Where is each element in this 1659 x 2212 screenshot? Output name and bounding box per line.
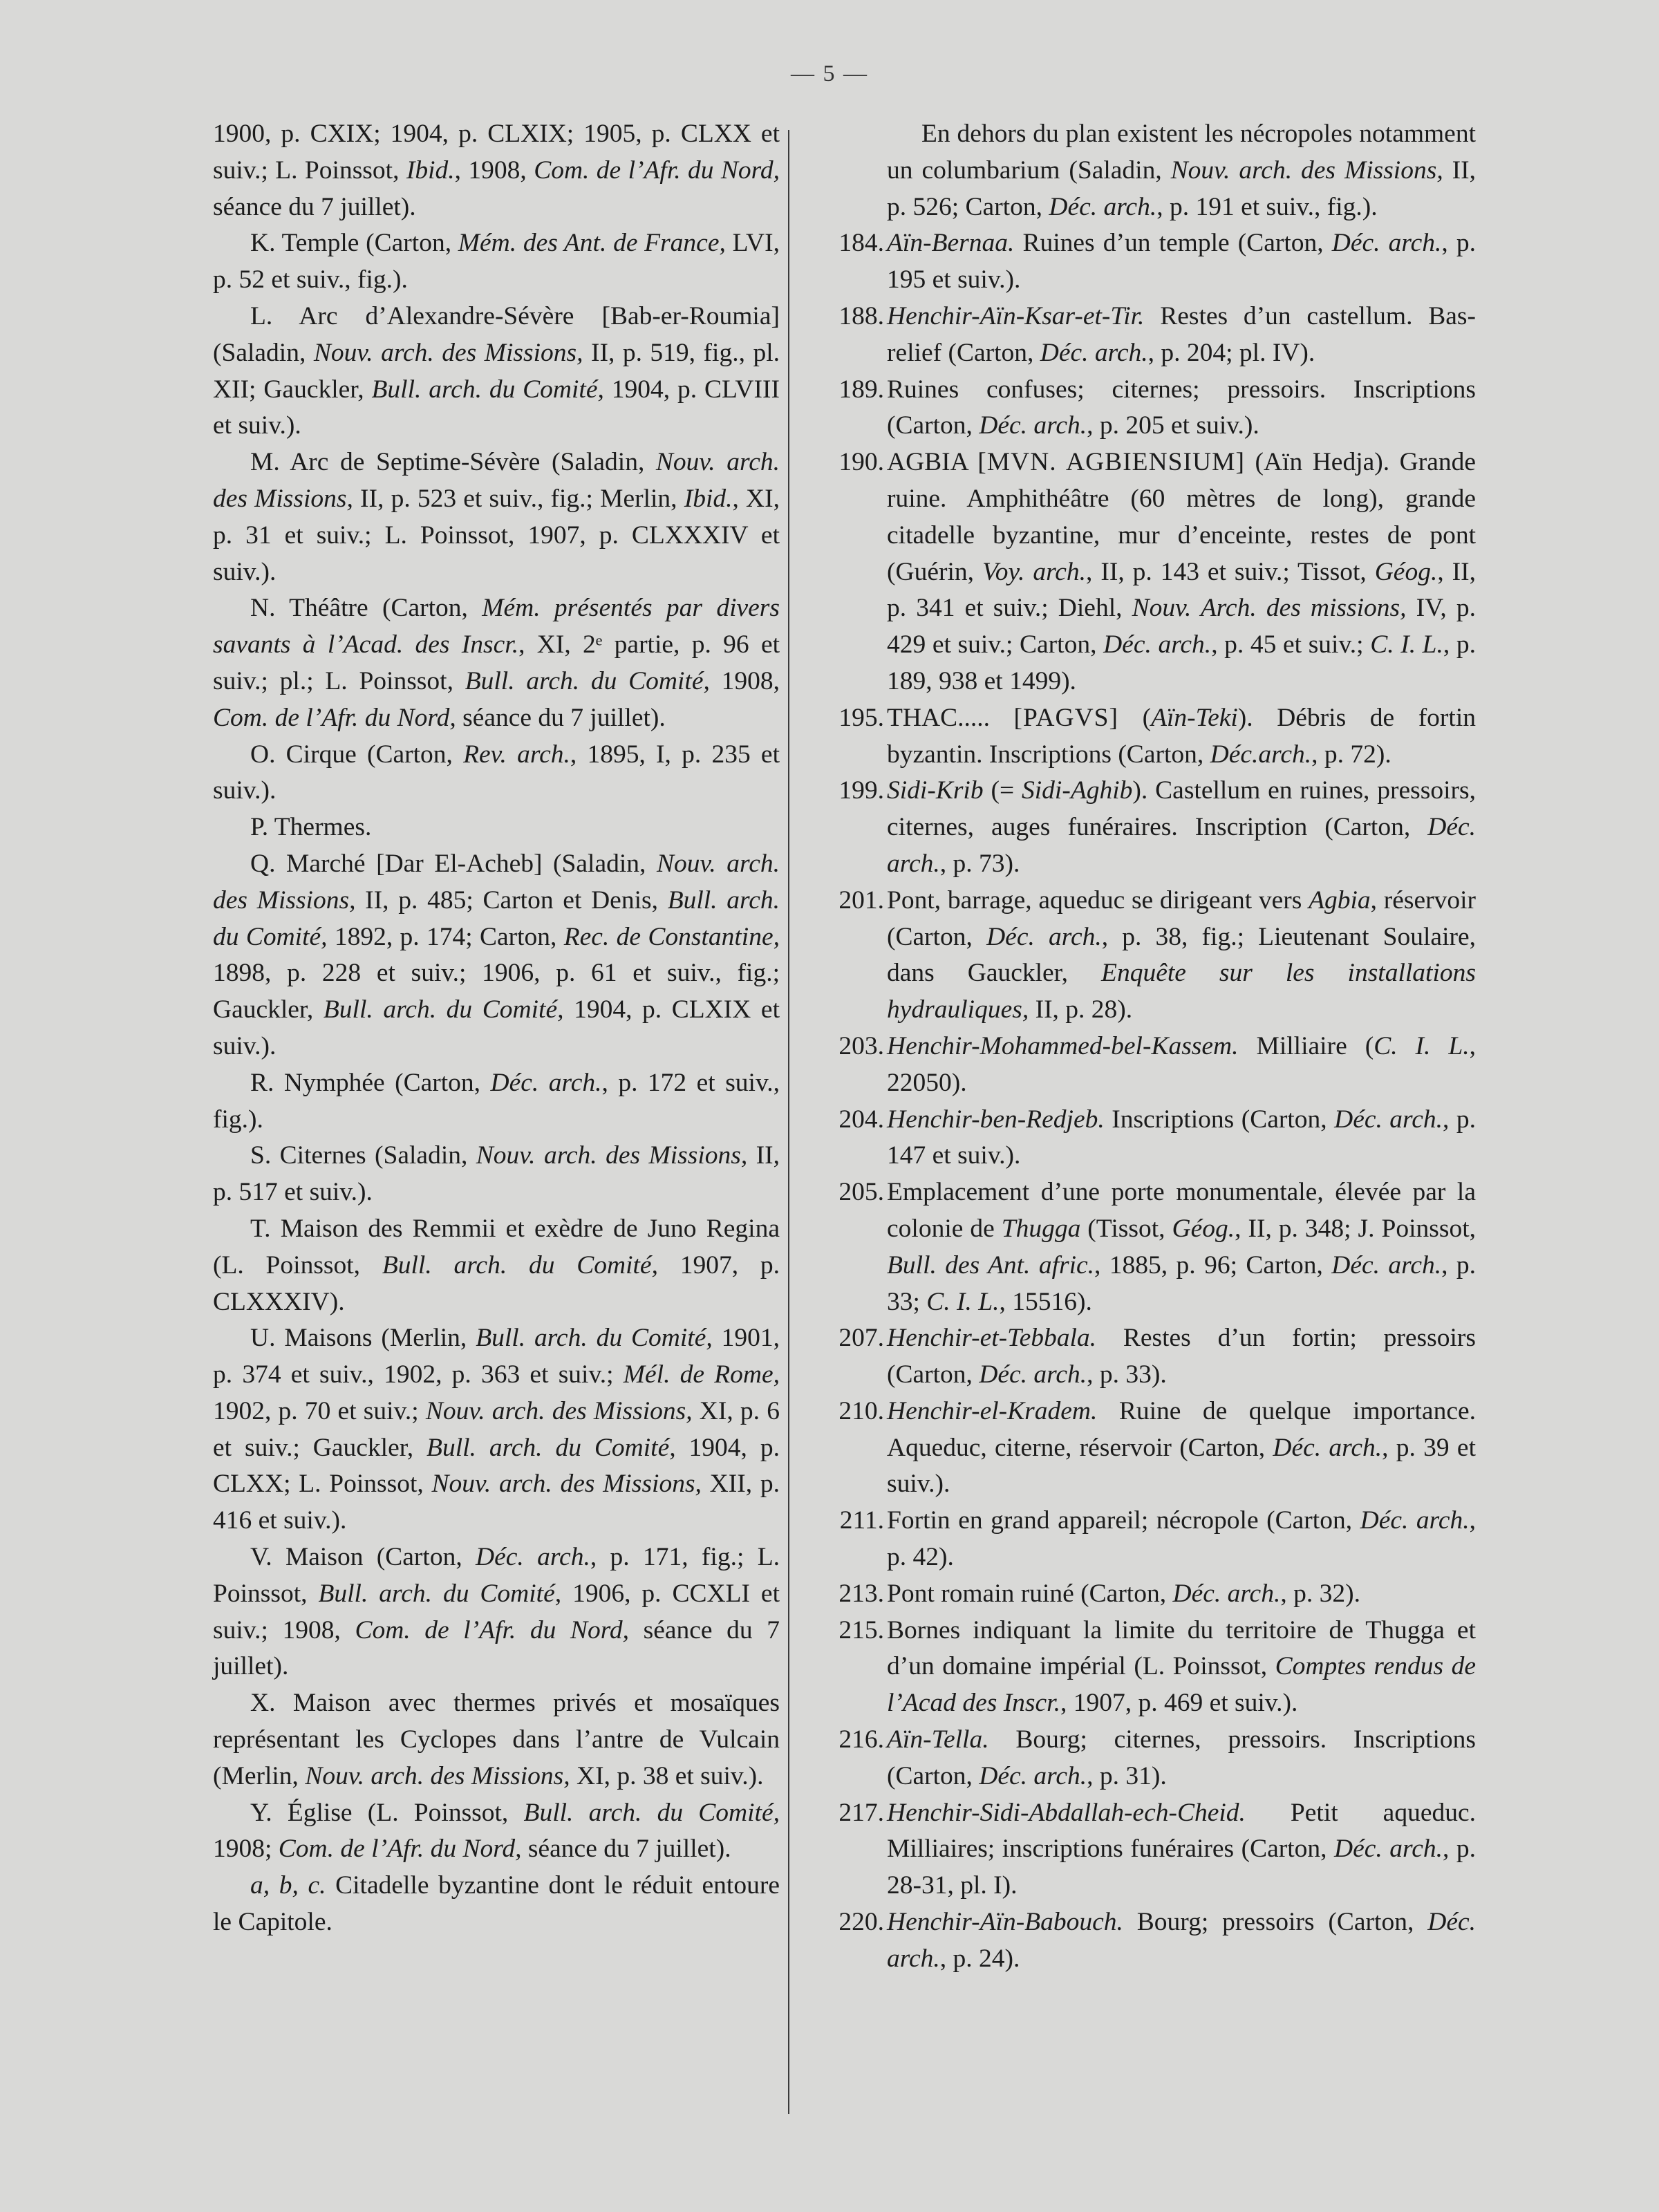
monument-paragraph: K. Temple (Carton, Mém. des Ant. de Fran…: [213, 225, 780, 299]
text-run: P. Thermes.: [250, 813, 371, 841]
site-entry: 190.AGBIA [MVN. AGBIENSIUM] (Aïn Hedja).…: [812, 444, 1476, 700]
site-entry: 195.THAC..... [PAGVS] (Aïn-Teki). Débris…: [812, 700, 1476, 774]
italic-citation: Sidi-Krib: [887, 776, 984, 805]
text-run: S. Citernes (Saladin,: [250, 1141, 476, 1170]
italic-citation: Aïn-Teki: [1151, 704, 1238, 732]
monument-paragraph: L. Arc d’Alexandre-Sévère [Bab-er-Roumia…: [213, 299, 780, 444]
site-number: 207.: [821, 1320, 884, 1357]
text-run: V. Maison (Carton,: [250, 1543, 476, 1571]
site-entry: 184.Aïn-Bernaa. Ruines d’un temple (Cart…: [812, 225, 1476, 299]
text-run: K. Temple (Carton,: [250, 229, 458, 257]
text-run: Pont romain ruiné (Carton,: [887, 1580, 1172, 1608]
site-description: Aïn-Tella. Bourg; citernes, pressoirs. I…: [887, 1722, 1476, 1795]
site-entry: 188.Henchir-Aïn-Ksar-et-Tir. Restes d’un…: [812, 299, 1476, 372]
italic-citation: Com. de l’Afr. du Nord,: [534, 156, 780, 185]
text-run: U. Maisons (Merlin,: [250, 1324, 476, 1352]
italic-citation: Nouv. arch. des Missions,: [314, 339, 583, 367]
text-run: N. Théâtre (Carton,: [250, 594, 482, 622]
italic-citation: C. I. L.: [926, 1288, 999, 1316]
italic-citation: Sidi-Aghib: [1022, 776, 1132, 805]
italic-citation: Bull. arch. du Comité,: [427, 1434, 676, 1462]
site-entry: 199.Sidi-Krib (= Sidi-Aghib). Castellum …: [812, 773, 1476, 882]
text-run: II, p. 523 et suiv., fig.; Merlin,: [353, 485, 684, 513]
site-description: THAC..... [PAGVS] (Aïn-Teki). Débris de …: [887, 700, 1476, 774]
site-number: 210.: [821, 1394, 884, 1430]
site-description: AGBIA [MVN. AGBIENSIUM] (Aïn Hedja). Gra…: [887, 444, 1476, 700]
italic-citation: Rec. de Constantine,: [564, 923, 780, 951]
monument-paragraph: a, b, c. Citadelle byzantine dont le réd…: [213, 1868, 780, 1941]
text-run: Q. Marché [Dar El-Acheb] (Saladin,: [250, 850, 657, 878]
site-number: 216.: [821, 1722, 884, 1759]
monument-paragraph: 1900, p. CXIX; 1904, p. CLXIX; 1905, p. …: [213, 116, 780, 225]
site-description: Bornes indiquant la limite du territoire…: [887, 1613, 1476, 1722]
site-entry: 217.Henchir-Sidi-Abdallah-ech-Cheid. Pet…: [812, 1795, 1476, 1904]
italic-citation: Aïn-Bernaa.: [887, 229, 1014, 257]
site-number: 211.: [821, 1503, 884, 1539]
site-description: Aïn-Bernaa. Ruines d’un temple (Carton, …: [887, 225, 1476, 299]
site-description: Pont romain ruiné (Carton, Déc. arch., p…: [887, 1576, 1476, 1613]
italic-citation: Com. de l’Afr. du Nord,: [279, 1835, 522, 1863]
italic-citation: Déc. arch.: [1049, 193, 1156, 221]
monument-paragraph: V. Maison (Carton, Déc. arch., p. 171, f…: [213, 1539, 780, 1685]
text-run: , p. 72).: [1311, 740, 1391, 769]
italic-citation: Bull. arch. du Comité,: [476, 1324, 713, 1352]
monument-paragraph: U. Maisons (Merlin, Bull. arch. du Comit…: [213, 1320, 780, 1539]
site-description: Emplacement d’une porte monumentale, éle…: [887, 1174, 1476, 1320]
italic-citation: Déc. arch.: [476, 1543, 590, 1571]
site-description: Henchir-Sidi-Abdallah-ech-Cheid. Petit a…: [887, 1795, 1476, 1904]
monument-paragraph: Y. Église (L. Poinssot, Bull. arch. du C…: [213, 1795, 780, 1868]
text-run: , p. 31).: [1087, 1762, 1167, 1790]
text-run: 1908,: [710, 667, 780, 695]
text-run: THAC.....: [887, 704, 1014, 732]
site-entry: 189.Ruines confuses; citernes; pressoirs…: [812, 372, 1476, 445]
site-number: 195.: [821, 700, 884, 737]
italic-citation: Bull. arch. du Comité,: [382, 1251, 658, 1280]
site-description: Henchir-Aïn-Ksar-et-Tir. Restes d’un cas…: [887, 299, 1476, 372]
italic-citation: Déc. arch.: [1103, 630, 1211, 659]
site-entry: 211.Fortin en grand appareil; nécropole …: [812, 1503, 1476, 1576]
site-entries-list: 184.Aïn-Bernaa. Ruines d’un temple (Cart…: [812, 225, 1476, 1977]
italic-citation: Mél. de Rome,: [624, 1360, 780, 1389]
italic-citation: Mém. des Ant. de France,: [458, 229, 726, 257]
text-run: 1902, p. 70 et suiv.;: [213, 1397, 426, 1425]
text-run: II, p. 28).: [1029, 995, 1132, 1024]
italic-citation: Déc. arch.: [491, 1069, 602, 1097]
text-run: , p. 33).: [1087, 1360, 1167, 1389]
site-number: 190.: [821, 444, 884, 481]
italic-citation: Déc. arch.: [1360, 1506, 1470, 1535]
italic-citation: Déc. arch.: [979, 411, 1087, 440]
site-entry: 207.Henchir-et-Tebbala. Restes d’un fort…: [812, 1320, 1476, 1394]
text-run: , p. 73).: [940, 850, 1020, 878]
italic-citation: Déc. arch.: [986, 923, 1102, 951]
text-run: séance du 7 juillet).: [213, 193, 416, 221]
column-divider: [788, 130, 789, 2114]
site-description: Henchir-el-Kradem. Ruine de quelque impo…: [887, 1394, 1476, 1503]
site-entry: 216.Aïn-Tella. Bourg; citernes, pressoir…: [812, 1722, 1476, 1795]
text-run: , p. 204; pl. IV).: [1148, 339, 1315, 367]
italic-citation: Ibid.: [684, 485, 733, 513]
italic-citation: Bull. des Ant. afric.: [887, 1251, 1094, 1280]
monument-paragraph: T. Maison des Remmii et exèdre de Juno R…: [213, 1211, 780, 1320]
text-run: , p. 191 et suiv., fig.).: [1156, 193, 1377, 221]
italic-citation: Voy. arch.: [982, 558, 1086, 586]
italic-citation: Bull. arch. du Comité,: [524, 1799, 780, 1827]
italic-citation: Déc. arch.: [1332, 229, 1442, 257]
text-run: Inscriptions (Carton,: [1105, 1105, 1334, 1134]
site-description: Pont, barrage, aqueduc se dirigeant vers…: [887, 883, 1476, 1029]
italic-citation: Com. de l’Afr. du Nord,: [213, 704, 456, 732]
italic-citation: Nouv. arch. des Missions,: [305, 1762, 570, 1790]
italic-citation: Déc. arch.: [1172, 1580, 1280, 1608]
text-run: , II, p. 143 et suiv.; Tissot,: [1086, 558, 1375, 586]
text-run: , p. 24).: [940, 1944, 1020, 1973]
italic-citation: Bull. arch. du Comité,: [465, 667, 710, 695]
monument-paragraph: X. Maison avec thermes privés et mosaïqu…: [213, 1685, 780, 1794]
page-number: — 5 —: [0, 61, 1659, 87]
italic-citation: Déc. arch.: [979, 1762, 1087, 1790]
small-caps-text: [PAGVS]: [1014, 704, 1119, 732]
text-run: AGBIA: [887, 448, 977, 476]
site-number: 204.: [821, 1102, 884, 1138]
italic-citation: Bull. arch. du Comité,: [372, 375, 604, 404]
italic-citation: Rev. arch.: [463, 740, 570, 769]
text-run: , 15516).: [1000, 1288, 1092, 1316]
left-column: 1900, p. CXIX; 1904, p. CLXIX; 1905, p. …: [213, 116, 780, 1941]
site-number: 217.: [821, 1795, 884, 1832]
site-entry: 215.Bornes indiquant la limite du territ…: [812, 1613, 1476, 1722]
site-entry: 201.Pont, barrage, aqueduc se dirigeant …: [812, 883, 1476, 1029]
italic-citation: Henchir-ben-Redjeb.: [887, 1105, 1105, 1134]
text-run: (Tissot,: [1080, 1215, 1172, 1243]
site-entry: 203.Henchir-Mohammed-bel-Kassem. Milliai…: [812, 1029, 1476, 1102]
text-run: O. Cirque (Carton,: [250, 740, 463, 769]
site-number: 205.: [821, 1174, 884, 1211]
italic-citation: Henchir-Mohammed-bel-Kassem.: [887, 1032, 1239, 1060]
site-number: 184.: [821, 225, 884, 262]
italic-citation: Thugga: [1002, 1215, 1081, 1243]
site-entry: 220.Henchir-Aïn-Babouch. Bourg; pressoir…: [812, 1904, 1476, 1978]
text-run: 1908;: [213, 1835, 279, 1863]
text-run: séance du 7 juillet).: [522, 1835, 731, 1863]
text-run: , p. 205 et suiv.).: [1087, 411, 1259, 440]
italic-citation: Déc. arch.: [979, 1360, 1087, 1389]
monument-paragraph: P. Thermes.: [213, 809, 780, 846]
italic-citation: Agbia: [1309, 886, 1371, 915]
text-run: , 1907, p. 469 et suiv.).: [1060, 1689, 1297, 1717]
site-description: Fortin en grand appareil; nécropole (Car…: [887, 1503, 1476, 1576]
monument-paragraph: R. Nymphée (Carton, Déc. arch., p. 172 e…: [213, 1065, 780, 1138]
site-description: Henchir-ben-Redjeb. Inscriptions (Carton…: [887, 1102, 1476, 1175]
italic-citation: Henchir-Aïn-Babouch.: [887, 1908, 1123, 1936]
text-run: Milliaire (: [1239, 1032, 1374, 1060]
site-description: Ruines confuses; citernes; pressoirs. In…: [887, 372, 1476, 445]
italic-citation: Nouv. arch. des Missions,: [476, 1141, 747, 1170]
italic-citation: Aïn-Tella.: [887, 1725, 989, 1754]
site-number: 220.: [821, 1904, 884, 1941]
italic-citation: Déc. arch.: [1334, 1835, 1443, 1863]
text-run: 1892, p. 174; Carton,: [328, 923, 564, 951]
intro-text: En dehors du plan existent les nécropole…: [887, 120, 1476, 221]
site-number: 203.: [821, 1029, 884, 1065]
italic-citation: Bull. arch. du Comité,: [324, 995, 564, 1024]
text-run: II, p. 485; Carton et Denis,: [355, 886, 667, 915]
text-run: séance du 7 juillet).: [456, 704, 666, 732]
text-run: Ruines d’un temple (Carton,: [1014, 229, 1331, 257]
text-run: , 1908,: [455, 156, 534, 185]
text-run: , II, p. 348; J. Poinssot,: [1235, 1215, 1476, 1243]
monument-paragraph: N. Théâtre (Carton, Mém. présentés par d…: [213, 590, 780, 736]
italic-citation: Nouv. arch. des Missions,: [432, 1470, 702, 1498]
site-description: Henchir-Mohammed-bel-Kassem. Milliaire (…: [887, 1029, 1476, 1102]
site-description: Henchir-Aïn-Babouch. Bourg; pressoirs (C…: [887, 1904, 1476, 1978]
text-run: , 1885, p. 96; Carton,: [1094, 1251, 1331, 1280]
italic-citation: Bull. arch. du Comité,: [318, 1580, 561, 1608]
italic-citation: Géog.: [1375, 558, 1438, 586]
monument-paragraph: O. Cirque (Carton, Rev. arch., 1895, I, …: [213, 737, 780, 810]
italic-citation: Henchir-et-Tebbala.: [887, 1324, 1096, 1352]
text-run: Bourg; pressoirs (Carton,: [1123, 1908, 1427, 1936]
text-run: , p. 32).: [1280, 1580, 1360, 1608]
italic-citation: C. I. L.: [1370, 630, 1443, 659]
monument-paragraph: M. Arc de Septime-Sévère (Saladin, Nouv.…: [213, 444, 780, 590]
right-column: En dehors du plan existent les nécropole…: [812, 116, 1476, 1978]
site-number: 189.: [821, 372, 884, 409]
site-number: 213.: [821, 1576, 884, 1613]
small-caps-text: [MVN. AGBIENSIUM]: [977, 448, 1245, 476]
italic-citation: Déc. arch.: [1334, 1105, 1443, 1134]
site-entry: 210.Henchir-el-Kradem. Ruine de quelque …: [812, 1394, 1476, 1503]
site-entry: 205.Emplacement d’une porte monumentale,…: [812, 1174, 1476, 1320]
site-entry: 204.Henchir-ben-Redjeb. Inscriptions (Ca…: [812, 1102, 1476, 1175]
italic-citation: Nouv. arch. des Missions,: [1171, 156, 1443, 185]
text-run: (=: [984, 776, 1022, 805]
text-run: XI, p. 38 et suiv.).: [570, 1762, 764, 1790]
monument-paragraph: S. Citernes (Saladin, Nouv. arch. des Mi…: [213, 1138, 780, 1211]
italic-citation: Déc. arch.: [1273, 1434, 1382, 1462]
text-run: Pont, barrage, aqueduc se dirigeant vers: [887, 886, 1309, 915]
site-entry: 213.Pont romain ruiné (Carton, Déc. arch…: [812, 1576, 1476, 1613]
italic-citation: Géog.: [1172, 1215, 1235, 1243]
italic-citation: Com. de l’Afr. du Nord,: [355, 1616, 629, 1644]
site-description: Sidi-Krib (= Sidi-Aghib). Castellum en r…: [887, 773, 1476, 882]
text-run: , p. 45 et suiv.;: [1211, 630, 1370, 659]
site-description: Henchir-et-Tebbala. Restes d’un fortin; …: [887, 1320, 1476, 1394]
intro-paragraph: En dehors du plan existent les nécropole…: [765, 116, 1476, 225]
italic-citation: Henchir-Aïn-Ksar-et-Tir.: [887, 302, 1144, 330]
monument-paragraph: Q. Marché [Dar El-Acheb] (Saladin, Nouv.…: [213, 846, 780, 1065]
text-run: Y. Église (L. Poinssot,: [250, 1799, 524, 1827]
italic-citation: Henchir-Sidi-Abdallah-ech-Cheid.: [887, 1799, 1246, 1827]
italic-citation: Déc.arch.: [1210, 740, 1311, 769]
italic-citation: Nouv. Arch. des missions,: [1132, 594, 1407, 622]
text-run: R. Nymphée (Carton,: [250, 1069, 491, 1097]
site-number: 199.: [821, 773, 884, 809]
text-run: Fortin en grand appareil; nécropole (Car…: [887, 1506, 1360, 1535]
italic-citation: Henchir-el-Kradem.: [887, 1397, 1097, 1425]
italic-citation: Ibid.: [406, 156, 455, 185]
site-number: 215.: [821, 1613, 884, 1649]
site-number: 201.: [821, 883, 884, 919]
italic-citation: a, b, c.: [250, 1871, 326, 1900]
text-run: M. Arc de Septime-Sévère (Saladin,: [250, 448, 656, 476]
text-run: (: [1118, 704, 1151, 732]
italic-citation: Nouv. arch. des Missions,: [426, 1397, 693, 1425]
italic-citation: Déc. arch.: [1040, 339, 1148, 367]
site-number: 188.: [821, 299, 884, 335]
italic-citation: C. I. L.: [1374, 1032, 1469, 1060]
italic-citation: Déc. arch.: [1331, 1251, 1441, 1280]
